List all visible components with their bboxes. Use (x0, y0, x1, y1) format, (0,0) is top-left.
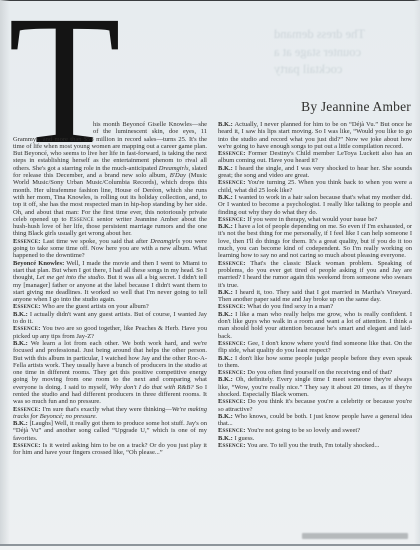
qa-paragraph: Essence: Gee, I don't know where you'd f… (218, 340, 412, 355)
qa-paragraph: B.K.: Oh, definitely. Every single time … (218, 376, 412, 398)
speaker-label: Beyoncé Knowles: (13, 260, 64, 267)
qa-paragraph: B.K.: [Laughs] Well, it really got them … (13, 420, 207, 442)
qa-text: [Laughs] Well, it really got them to pro… (13, 420, 207, 442)
qa-text: I actually didn't want any guest artists… (13, 311, 207, 325)
qa-paragraph: B.K.: I have a lot of people depending o… (218, 223, 412, 259)
qa-text: Do you think it's because you're a celeb… (218, 398, 412, 412)
qa-paragraph: Essence: Do you think it's because you'r… (218, 398, 412, 413)
speaker-label: B.K.: (218, 165, 233, 172)
qa-paragraph: Essence: That's the classic Black woman … (218, 260, 412, 289)
qa-text: You're turning 25. When you think back t… (218, 179, 412, 193)
speaker-label: B.K.: (218, 194, 233, 201)
speaker-label: B.K.: (13, 420, 28, 427)
qa-paragraph: B.K.: I actually didn't want any guest a… (13, 311, 207, 326)
qa-paragraph: B.K.: Who knows, could be both. I just k… (218, 413, 412, 428)
qa-paragraph: Essence: Last time we spoke, you said th… (13, 238, 207, 260)
qa-text: I wanted to work in a hair salon because… (218, 194, 412, 216)
qa-text: I heard it, too. They said that I got ma… (218, 289, 412, 303)
qa-text: Who knows, could be both. I just know pe… (218, 413, 412, 427)
intro-paragraph: his month Beyoncé Giselle Knowles—she of… (13, 121, 207, 238)
qa-text: You're not going to be so lovely and swe… (246, 427, 361, 434)
speaker-label: Essence: (13, 325, 41, 332)
qa-text: I like a man who really helps me grow, w… (218, 311, 412, 340)
qa-text: Is it weird asking him to be on a track?… (13, 442, 207, 456)
ghost-line: counter stage at a (274, 44, 414, 62)
speaker-label: Essence: (13, 238, 41, 245)
qa-paragraph: B.K.: I heard the single, and I was very… (218, 165, 412, 180)
speaker-label: Essence: (218, 150, 246, 157)
speaker-label: Essence: (218, 369, 246, 376)
qa-text: Former Destiny's Child member LeToya Luc… (218, 150, 412, 164)
page-bottom-margin (0, 546, 420, 550)
qa-paragraph: Essence: What do you find sexy in a man? (218, 303, 412, 310)
qa-paragraph: Essence: You are. To tell you the truth,… (218, 442, 412, 449)
speaker-label: B.K.: (218, 435, 233, 442)
speaker-label: B.K.: (218, 289, 233, 296)
speaker-label: Essence: (218, 216, 246, 223)
qa-text: I don't like how some people judge peopl… (218, 355, 412, 369)
qa-paragraph: Essence: Who are the guest artists on yo… (13, 303, 207, 310)
speaker-label: B.K.: (218, 121, 233, 128)
qa-text: If you were in therapy, what would your … (246, 216, 378, 223)
speaker-label: B.K.: (218, 311, 233, 318)
qa-paragraph: Beyoncé Knowles: Well, I made the movie … (13, 260, 207, 304)
qa-text: Actually, I never planned for him to be … (218, 121, 412, 150)
page-right-shade (414, 0, 420, 544)
speaker-label: Essence: (13, 406, 41, 413)
qa-text: Who are the guest artists on your album? (41, 303, 149, 310)
qa-text: What do you find sexy in a man? (246, 303, 334, 310)
speaker-label: Essence: (218, 427, 246, 434)
intro-text: his month Beyoncé Giselle Knowles—she of… (13, 121, 207, 237)
qa-paragraph: B.K.: I like a man who really helps me g… (218, 311, 412, 340)
qa-paragraph: Essence: If you were in therapy, what wo… (218, 216, 412, 223)
qa-text: Last time we spoke, you said that after … (13, 238, 207, 260)
magazine-page: The dress demandcounter stage at acockta… (0, 0, 420, 550)
speaker-label: Essence: (218, 303, 246, 310)
byline: By Jeannine Amber (301, 99, 411, 115)
qa-paragraph: Essence: You two are so good together, l… (13, 325, 207, 340)
speaker-label: Essence: (218, 442, 246, 449)
qa-paragraph: Essence: I'm sure that's exactly what th… (13, 406, 207, 421)
qa-text: Well, I made the movie and then I went t… (13, 260, 207, 303)
speaker-label: Essence: (218, 179, 246, 186)
speaker-label: B.K.: (218, 413, 233, 420)
speaker-label: Essence: (218, 340, 246, 347)
article-columns: his month Beyoncé Giselle Knowles—she of… (13, 121, 412, 547)
speaker-label: Essence: (218, 398, 246, 405)
print-smudge-artifact (302, 533, 408, 539)
speaker-label: Essence: (13, 303, 41, 310)
qa-text: You two are so good together, like Peach… (13, 325, 207, 339)
qa-paragraph: B.K.: I heard it, too. They said that I … (218, 289, 412, 304)
qa-text: That's the classic Black woman problem. … (218, 260, 412, 289)
speaker-label: B.K.: (13, 311, 28, 318)
ghost-showthrough-text: The dress demandcounter stage at acockta… (274, 26, 414, 79)
qa-text: I'm sure that's exactly what they were t… (13, 406, 207, 420)
qa-text: I guess. (233, 435, 254, 442)
speaker-label: Essence: (13, 442, 41, 449)
ghost-line: The dress demand (274, 26, 414, 44)
ghost-line: cocktail party (274, 61, 414, 79)
speaker-label: B.K.: (13, 340, 28, 347)
qa-paragraph: B.K.: I don't like how some people judge… (218, 355, 412, 370)
qa-paragraph: Essence: Former Destiny's Child member L… (218, 150, 412, 165)
qa-text: Gee, I don't know where you'd find someo… (218, 340, 412, 354)
speaker-label: B.K.: (218, 223, 233, 230)
qa-text: I heard the single, and I was very shock… (218, 165, 412, 179)
qa-text: Oh, definitely. Every single time I meet… (218, 376, 412, 398)
qa-text: Do you often find yourself on the receiv… (246, 369, 393, 376)
qa-paragraph: B.K.: I wanted to work in a hair salon b… (218, 194, 412, 216)
speaker-label: Essence: (218, 260, 246, 267)
qa-paragraph: B.K.: Actually, I never planned for him … (218, 121, 412, 150)
qa-text: We learn a lot from each other. We both … (13, 340, 207, 405)
speaker-label: B.K.: (218, 355, 233, 362)
qa-paragraph: Essence: You're turning 25. When you thi… (218, 179, 412, 194)
qa-text: I have a lot of people depending on me. … (218, 223, 412, 259)
qa-paragraph: B.K.: We learn a lot from each other. We… (13, 340, 207, 406)
qa-text: You are. To tell you the truth, I'm tota… (246, 442, 380, 449)
drop-cap-spacer (13, 121, 93, 129)
speaker-label: B.K.: (218, 376, 233, 383)
qa-paragraph: B.K.: I guess. (218, 435, 412, 442)
qa-paragraph: Essence: Is it weird asking him to be on… (13, 442, 207, 457)
qa-paragraph: Essence: You're not going to be so lovel… (218, 427, 412, 434)
qa-paragraph: Essence: Do you often find yourself on t… (218, 369, 412, 376)
